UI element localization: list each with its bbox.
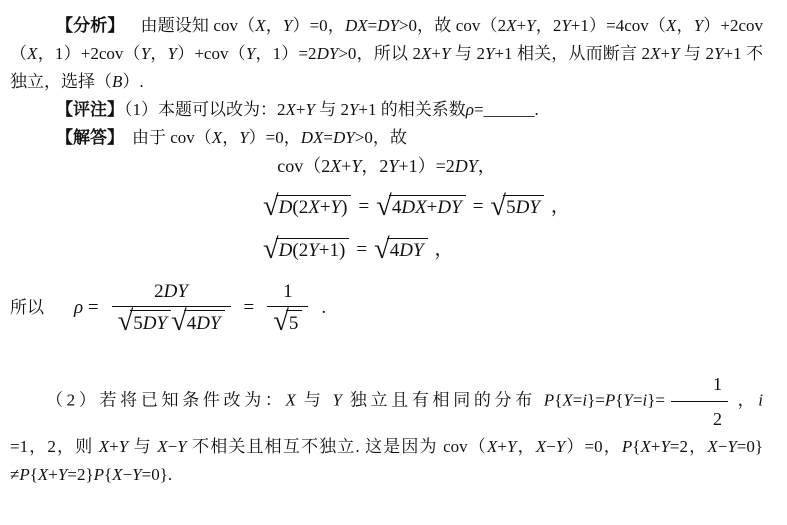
equals-sign: = [244,297,255,319]
part2-after-fraction: ，i [734,391,763,410]
rho-lhs: ρ = [74,297,99,319]
document-page: 【分析】由题设知 cov（X，Y）=0，DX=DY>0，故 cov（2X+Y，2… [0,0,787,525]
sqrt-term: √4DY [171,310,224,335]
remark-label: 【评注】 [56,100,124,119]
sqrt-term: √4DY [374,238,427,262]
solution-body: 由于 cov（X，Y）=0，DX=DY>0，故 [132,128,407,147]
analysis-paragraph: 【分析】由题设知 cov（X，Y）=0，DX=DY>0，故 cov（2X+Y，2… [10,12,763,96]
sqrt-term: √5DY [490,195,543,219]
sqrt-term: √5 [273,310,302,335]
equals-sign: = [358,197,369,218]
half-fraction: 12 [671,370,728,433]
sqrt-term: √D(2X+Y) [263,195,351,219]
equation-cov-result: cov（2X+Y，2Y+1）=2DY， [10,152,763,180]
remark-paragraph: 【评注】（1）本题可以改为：2X+Y 与 2Y+1 的相关系数ρ=______. [10,96,763,124]
equation-sqrt-line-1: √D(2X+Y) = √4DX+DY = √5DY ， [263,195,763,219]
rho-fraction: 2DY √5DY√4DY [112,281,231,335]
equals-sign: = [473,197,484,218]
sqrt-term: √4DX+DY [376,195,466,219]
result-fraction: 1 √5 [267,281,308,335]
part2-body: =1，2，则 X+Y 与 X−Y 不相关且相互不独立. 这是因为 cov（X+Y… [10,433,763,489]
therefore-text: 所以 [10,294,44,322]
comma: ， [435,240,454,261]
part2-intro: （2）若将已知条件改为：X 与 Y 独立且有相同的分布 P{X=i}=P{Y=i… [46,391,665,410]
rho-equation: ρ = 2DY √5DY√4DY = 1 √5 . [74,281,326,335]
rho-equation-row: 所以 ρ = 2DY √5DY√4DY = 1 √5 . [10,276,763,340]
equation-sqrt-line-2: √D(2Y+1) = √4DY ， [263,238,763,262]
sqrt-term: √5DY [118,310,171,335]
remark-body: （1）本题可以改为：2X+Y 与 2Y+1 的相关系数ρ=______. [124,100,539,119]
solution-paragraph: 【解答】由于 cov（X，Y）=0，DX=DY>0，故 [10,124,763,152]
equals-sign: = [356,240,367,261]
comma: ， [551,197,570,218]
solution-label: 【解答】 [56,128,124,147]
period: . [321,297,326,319]
analysis-label: 【分析】 [56,16,125,35]
sqrt-term: √D(2Y+1) [263,238,349,262]
part2-first-line: （2）若将已知条件改为：X 与 Y 独立且有相同的分布 P{X=i}=P{Y=i… [10,370,763,433]
